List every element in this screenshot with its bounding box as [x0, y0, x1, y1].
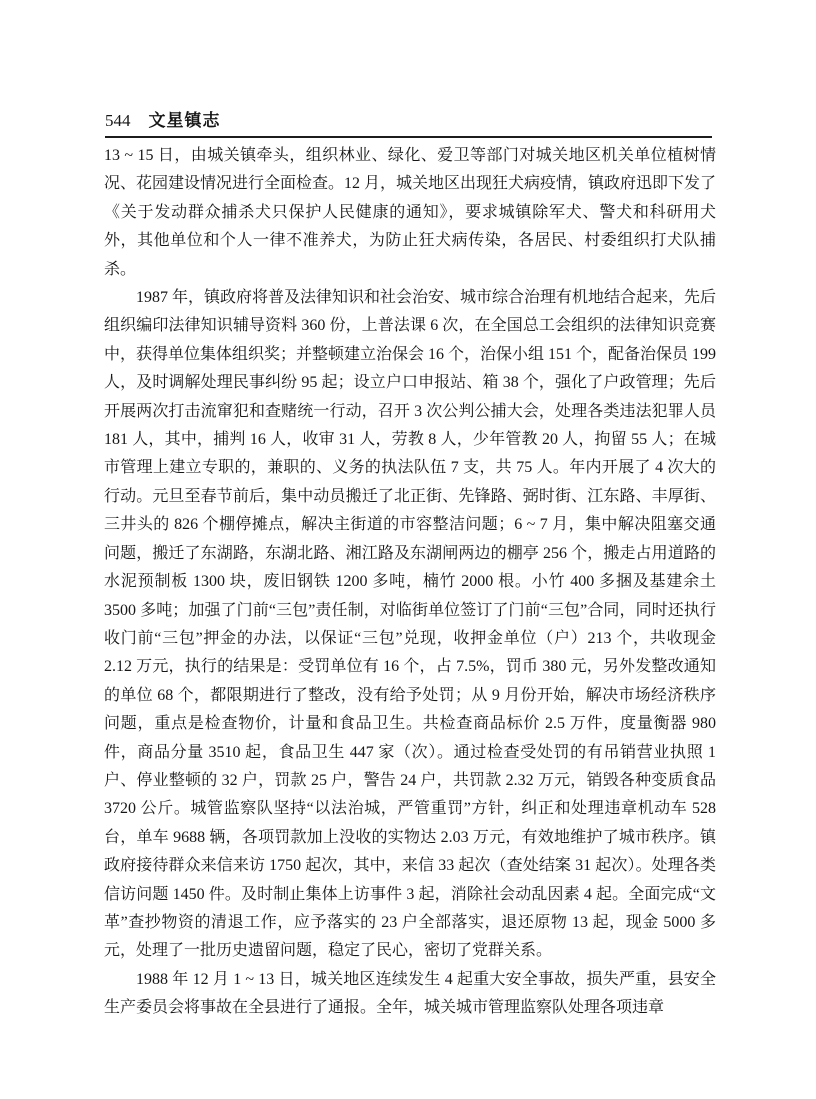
- book-title: 文星镇志: [149, 106, 221, 131]
- paragraph-continuation: 13 ~ 15 日，由城关镇牵头，组织林业、绿化、爱卫等部门对城关地区机关单位植…: [104, 142, 716, 284]
- page-body: 13 ~ 15 日，由城关镇牵头，组织林业、绿化、爱卫等部门对城关地区机关单位植…: [104, 142, 716, 1023]
- page-number: 544: [105, 111, 131, 131]
- running-header: 544 文星镇志: [105, 106, 712, 138]
- paragraph-1988: 1988 年 12 月 1 ~ 13 日，城关地区连续发生 4 起重大安全事故，…: [104, 966, 716, 1023]
- paragraph-1987: 1987 年，镇政府将普及法律知识和社会治安、城市综合治理有机地结合起来，先后组…: [104, 284, 716, 966]
- book-page: 544 文星镇志 13 ~ 15 日，由城关镇牵头，组织林业、绿化、爱卫等部门对…: [0, 0, 816, 1099]
